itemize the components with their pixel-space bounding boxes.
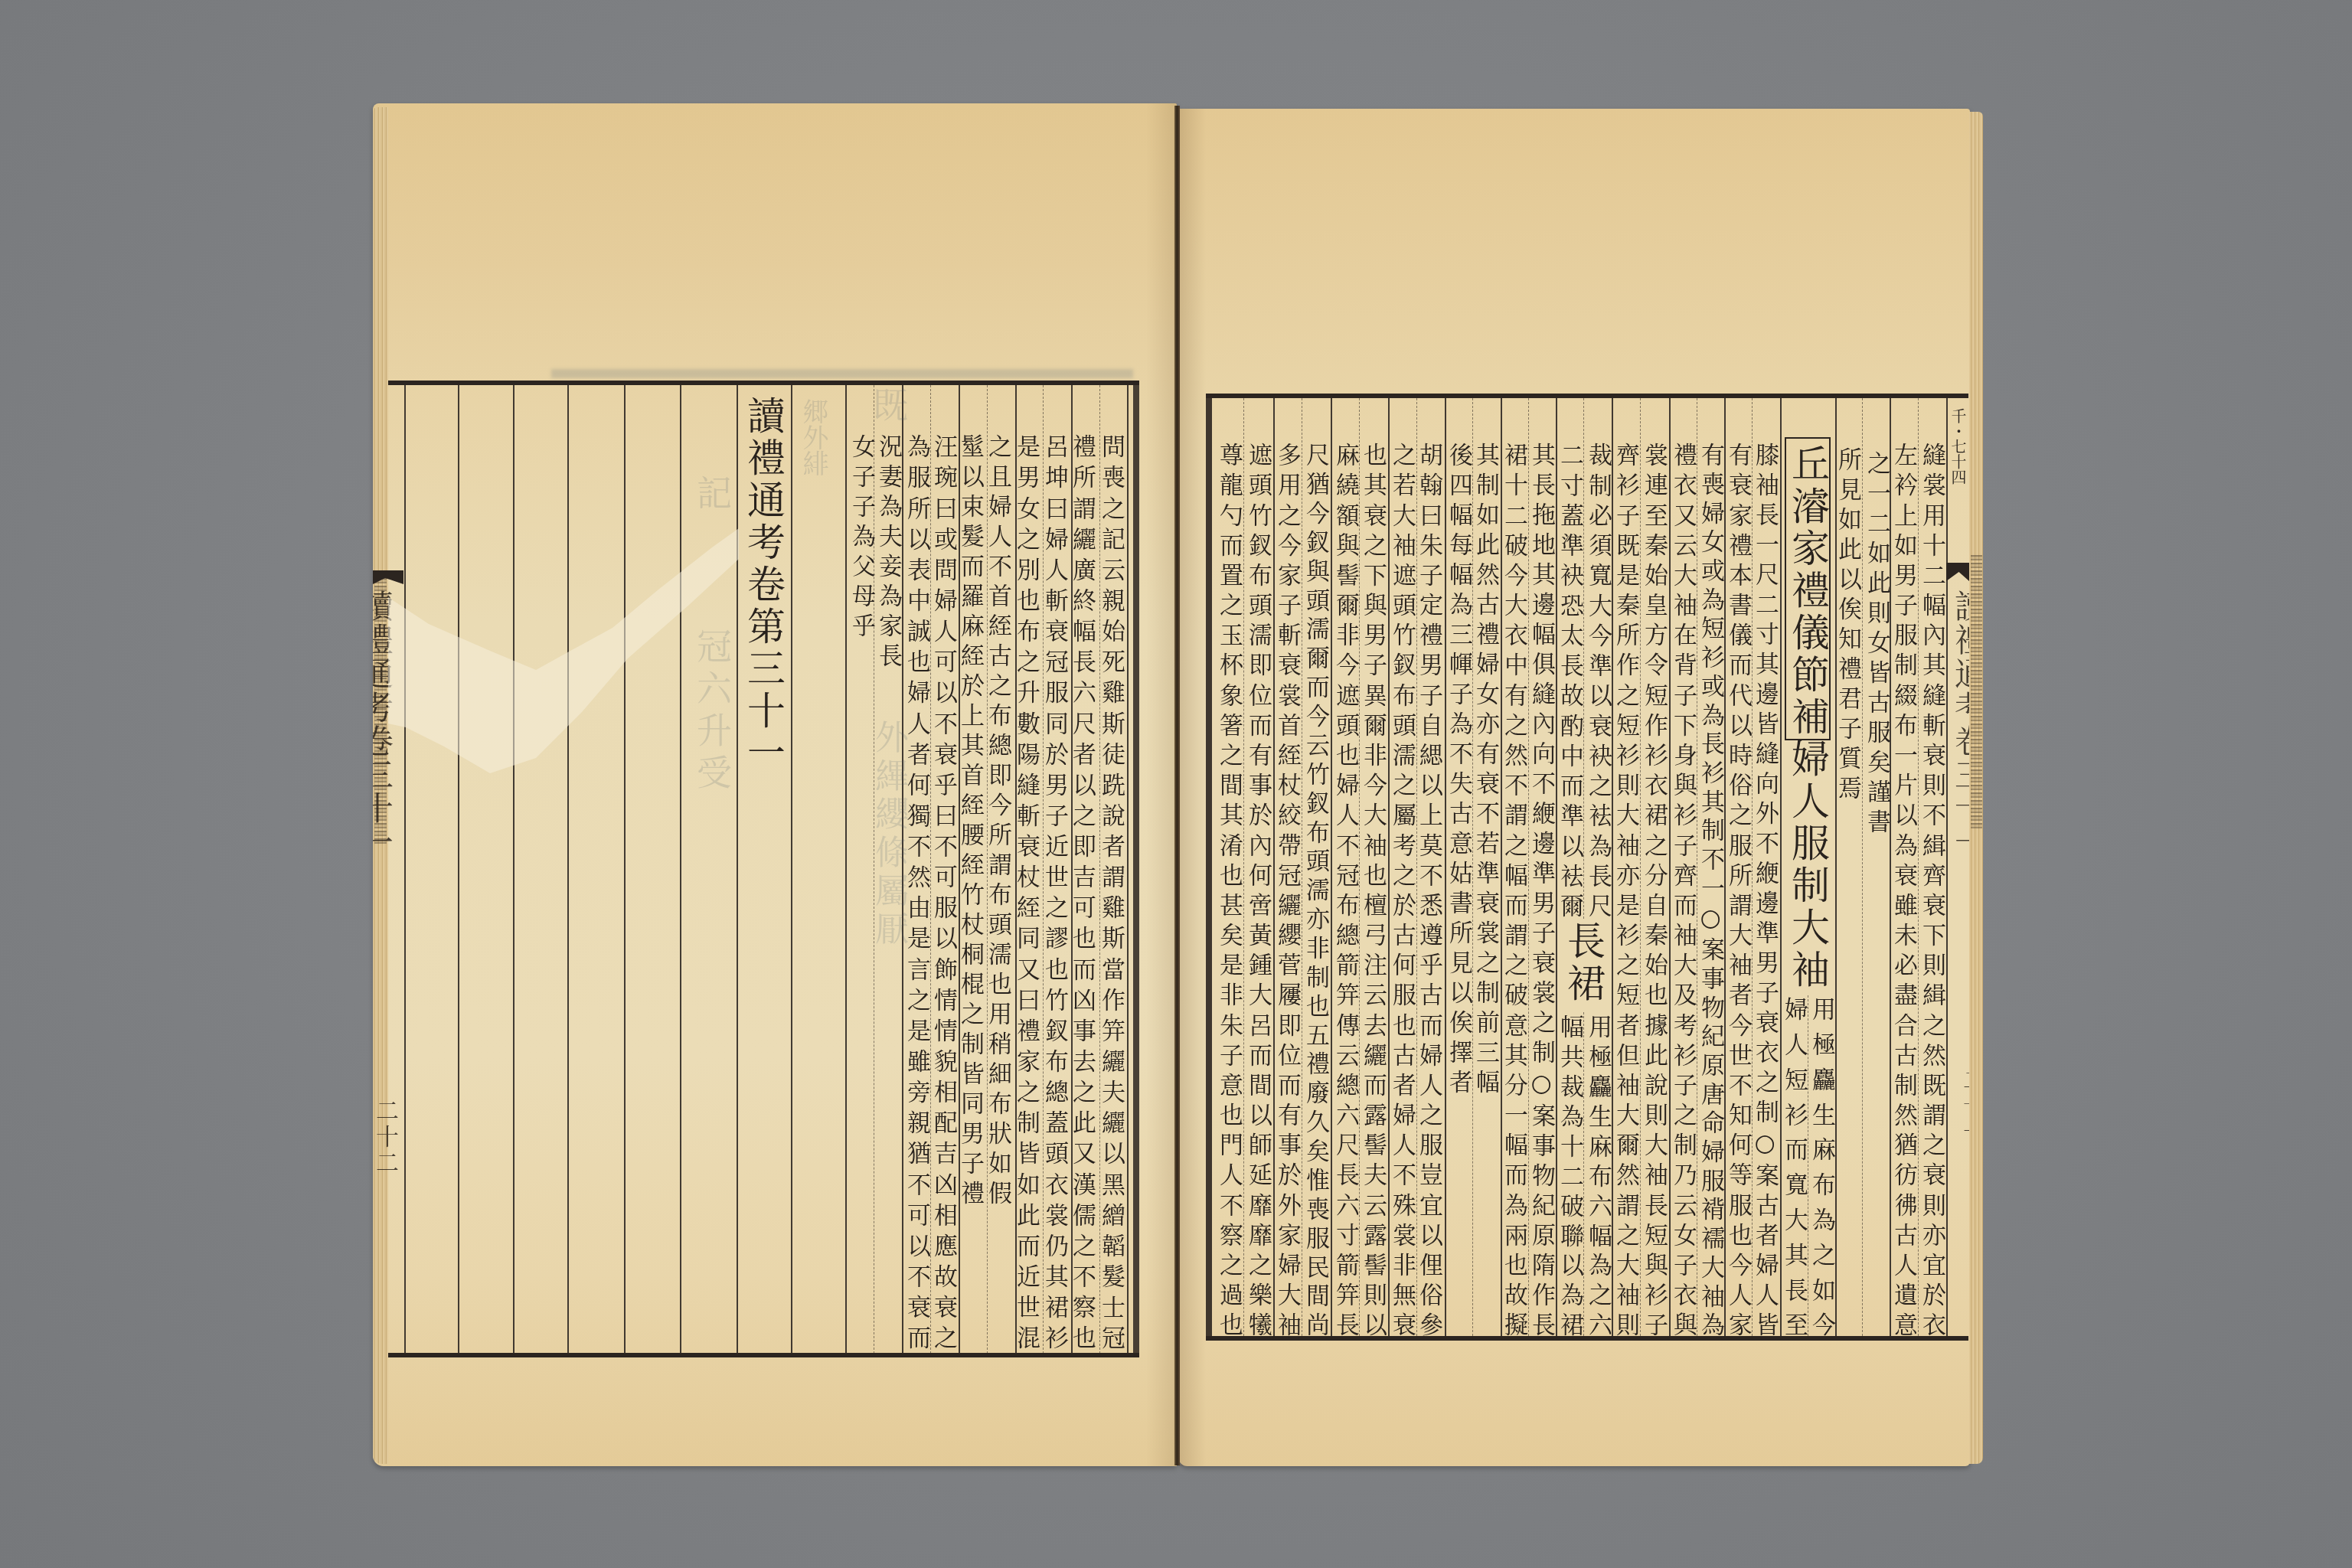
section-heading: 丘濬家禮儀節補婦人服制大袖 [1785, 444, 1831, 995]
text-column: 況妻為夫妾為家長 [874, 434, 902, 740]
right-edge-ink-speckles [1971, 555, 1982, 831]
text-column: 裙十二破今大衣中有之然不謂之幅而謂之破意其分一幅而為兩也故擬 [1500, 443, 1527, 1336]
text-column: 呂坤曰婦人斬衰冠服同於男子近世之謬也竹釵布總蓋頭衣裳仍其裙衫 [1040, 434, 1068, 1349]
text-column: 之且婦人不首絰古之布總即今所謂布頭濡也用稍細布狀如假 [984, 434, 1011, 1276]
column-rule [624, 385, 626, 1354]
column-rule [680, 385, 681, 1354]
text-column: 問喪之記云親始死雞斯徒跣說者謂雞斯當作笄纚夫纚以黑繒韜髮士冠 [1097, 434, 1125, 1349]
text-column: 有喪婦女或為短衫或為長衫其制不一○案事物紀原唐命婦服褙襦大袖為 [1697, 443, 1724, 1336]
text-column: 二寸蓋準袂恐太長故酌中而準以袪爾 [1556, 443, 1583, 917]
column-rule [458, 385, 459, 1354]
right-fold-strip: 讀禮通考卷三十一 二十一 [1946, 536, 1969, 1148]
left-frame-top-border [388, 381, 1139, 385]
heading-source: 丘濬家禮儀節補 [1785, 444, 1830, 739]
bleed-frame-band [551, 369, 1133, 378]
text-column: 遮頭竹釵布頭濡即位而有事於內何啻黃鍾大呂而間以師延靡靡之樂犧 [1244, 443, 1272, 1336]
annotation-column: 婦人短衫而寬大其長至 [1780, 997, 1808, 1336]
left-frame-right-border [1133, 381, 1139, 1357]
text-column: 縫裳用十二幅內其縫斬衰則不緝齊衰下則緝之然既謂之衰則亦宜於衣 [1918, 443, 1945, 1336]
book-gutter [1174, 106, 1180, 1465]
heading-item: 婦人服制大袖 [1785, 739, 1830, 991]
left-frame-bottom-border [388, 1353, 1139, 1357]
text-column: 所見如此以俟知禮君子質焉 [1834, 447, 1861, 876]
right-frame-left-border [1206, 394, 1212, 1341]
column-rule [513, 385, 514, 1354]
text-column: 是男女之別也布之升數陽縫斬衰杖絰同又曰禮家之制皆如此而近世混 [1012, 434, 1040, 1349]
section-heading: 長裙 [1560, 921, 1606, 1013]
annotation-column: 幅共裁為十二破聯以為裙 [1556, 1014, 1583, 1336]
text-column: 女子子為父母乎 [848, 434, 875, 740]
annotation-column: 用極麤生麻布為之如今 [1808, 997, 1835, 1336]
text-column: 麻繞額與髻爾非今遮頭也婦人不冠布總箭笄傳云總六尺長六寸箭笄長 [1331, 443, 1359, 1336]
text-column: 尊龍勺而置之玉杯象箸之間其淆也甚矣是非朱子意也門人不察之過也 [1215, 443, 1243, 1336]
text-column: 有衰家禮本書儀而代以時俗之服所謂大袖者今世不知何等服也今人家 [1724, 443, 1752, 1336]
text-column: 禮衣又云大袖在背子下身與衫子齊而袖大及考衫子之制乃云女子衣與 [1669, 443, 1697, 1336]
text-column: 裁制必須寬大今準以衰袂之袪為長尺 [1584, 443, 1612, 917]
text-column: 禮所謂纚廣終幅長六尺者以之即吉可也而凶事去之此又漢儒之不察也 [1068, 434, 1096, 1349]
bleed-through-text: 冠六升受 [689, 628, 735, 796]
column-rule [567, 385, 569, 1354]
text-column: 汪琬曰或問婦人可以不衰乎曰不可服以飾情情貌相配吉凶相應故衰之 [929, 434, 957, 1349]
volume-end-title: 讀禮通考卷第三十一 [740, 396, 786, 794]
fold-page-number: 二十二 [373, 1099, 402, 1177]
column-rule [791, 385, 792, 1354]
fold-book-title: 讀禮通考卷三十一 [1951, 590, 1969, 859]
text-column: 之一二如此則女皆古服矣謹書 [1863, 451, 1890, 880]
text-column: 其制如此然古禮婦女亦有衰不若準衰裳之制前三幅 [1472, 443, 1499, 1132]
right-frame-bottom-border [1206, 1336, 1968, 1341]
right-frame-top-border [1206, 394, 1968, 398]
text-column: 胡翰曰朱子定禮男子自緦以上莫不悉遵乎古而婦人之服豈宜以俚俗參 [1415, 443, 1442, 1336]
fold-page-number: 二十一 [1954, 1068, 1969, 1146]
text-column: 髽以束髮而羅麻絰於上其首絰腰絰竹杖桐棍之制皆同男子禮 [956, 434, 984, 1276]
text-column: 多用之今家子斬衰裳首絰杖絞帶冠纚纓菅屨即位而有事於外家婦大袖 [1273, 443, 1301, 1336]
text-column: 尺猶今釵與頭濡爾而今云竹釵布頭濡亦非制也五禮廢久矣惟喪服民間尚 [1302, 443, 1329, 1336]
text-column: 其長拖地其邊幅俱縫內向不緶邊準男子衰裳之制○案事物紀原隋作長 [1527, 443, 1555, 1336]
column-rule [404, 385, 406, 1354]
column-rule [1127, 385, 1129, 1354]
annotation-column: 用極麤生麻布六幅為之六 [1584, 1014, 1612, 1336]
bleed-through-text: 記 [689, 475, 735, 514]
bleed-through-text: 郷外緋 [799, 398, 827, 476]
text-column: 裳連至秦始皇方令短作衫衣裙之分自秦始也據此說則大袖長短與衫子 [1640, 443, 1668, 1336]
text-column: 左衿上如男子服制綴布一片以為衰雖未必盡合古制然猶彷彿古人遺意 [1890, 443, 1917, 1336]
column-rule [845, 385, 847, 1354]
text-column: 膝袖長一尺二寸其邊皆縫向外不緶邊準男子衰衣之制○案古者婦人皆 [1751, 443, 1779, 1336]
text-column: 後四幅每幅為三㡓子為不失古意姑書所見以俟擇者 [1445, 443, 1472, 1132]
carver-mark: 千・七十四 [1949, 408, 1966, 500]
text-column: 也其衰之下與男子異爾非今大袖也檀弓注云去纚而露髻夫云露髻則以 [1359, 443, 1387, 1336]
text-column: 之若大袖遮頭竹釵布頭濡之屬考之於古何服也古者婦人不殊裳非無衰 [1388, 443, 1416, 1336]
text-column: 為服所以表中誠也婦人者何獨不然由是言之是雖旁親猶不可以不衰而 [903, 434, 930, 1349]
bleed-through-text: 既 [865, 387, 911, 426]
text-column: 齊衫子既是秦所作之短衫則大袖亦是衫之短者但袖大爾然謂之大袖則 [1612, 443, 1639, 1336]
